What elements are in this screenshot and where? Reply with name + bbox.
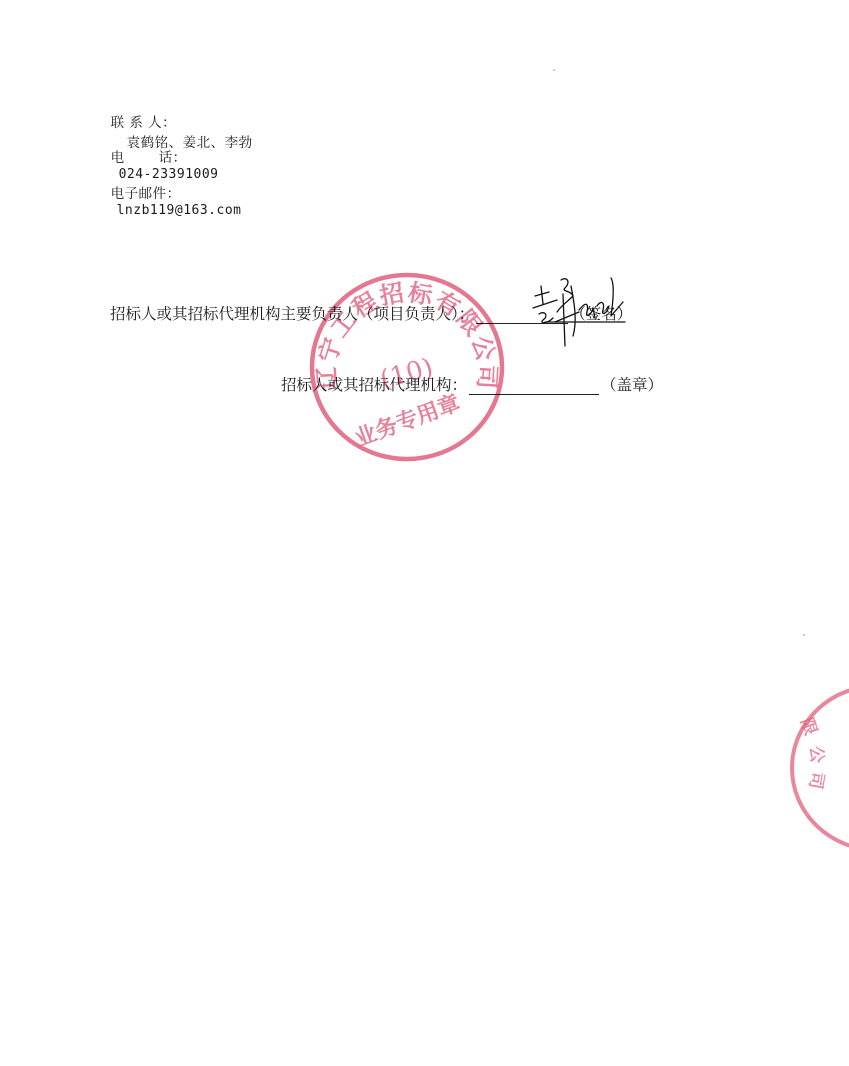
svg-text:限: 限: [796, 715, 821, 738]
agency-stamp-line: 招标人或其招标代理机构：（盖章）: [281, 373, 663, 395]
stamp-suffix: （盖章）: [601, 376, 663, 394]
contact-person-label: 联 系 人：: [111, 111, 177, 131]
svg-text:公: 公: [805, 745, 826, 764]
agency-label: 招标人或其招标代理机构：: [281, 376, 467, 394]
svg-text:司: 司: [805, 770, 828, 790]
email-label: 电子邮件：: [111, 182, 181, 202]
email-row: 电子邮件： lnzb119@163.com: [101, 166, 242, 218]
phone-label-part2: 话：: [159, 146, 187, 166]
phone-label-part1: 电: [111, 146, 125, 166]
company-seal: 辽宁工程招标有限公司 (10) 业务专用章: [307, 270, 507, 464]
scan-speck: [803, 634, 805, 636]
principal-label: 招标人或其招标代理机构主要负责人（项目负责人）：: [110, 305, 474, 323]
handwritten-signature: [527, 266, 637, 356]
seal-purpose: 业务专用章: [351, 390, 463, 452]
scan-speck: [553, 69, 555, 71]
email-value: lnzb119@163.com: [117, 203, 242, 218]
stamp-field: [469, 380, 599, 395]
partial-seal: 限 公 司: [787, 680, 849, 855]
